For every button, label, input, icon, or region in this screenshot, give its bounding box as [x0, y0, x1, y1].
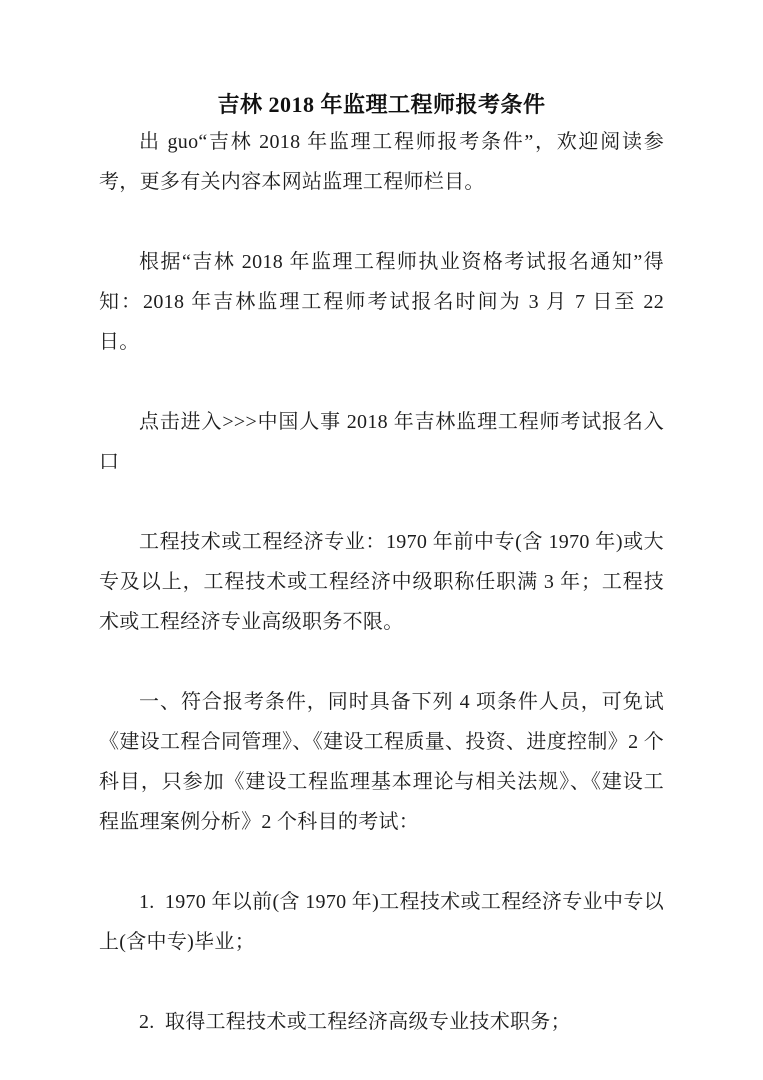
- list-item-condition-1: 1. 1970 年以前(含 1970 年)工程技术或工程经济专业中专以上(含中专…: [99, 882, 664, 962]
- document-body: 出 guo“吉林 2018 年监理工程师报考条件”，欢迎阅读参考，更多有关内容本…: [99, 122, 664, 1042]
- document-page: 吉林 2018 年监理工程师报考条件 出 guo“吉林 2018 年监理工程师报…: [0, 0, 763, 1080]
- paragraph-exemption-conditions: 一、符合报考条件，同时具备下列 4 项条件人员，可免试《建设工程合同管理》、《建…: [99, 682, 664, 842]
- paragraph-entry-link: 点击进入>>>中国人事 2018 年吉林监理工程师考试报名入口: [99, 402, 664, 482]
- paragraph-eligibility: 工程技术或工程经济专业：1970 年前中专(含 1970 年)或大专及以上，工程…: [99, 522, 664, 642]
- paragraph-intro: 出 guo“吉林 2018 年监理工程师报考条件”，欢迎阅读参考，更多有关内容本…: [99, 122, 664, 202]
- paragraph-registration-notice: 根据“吉林 2018 年监理工程师执业资格考试报名通知”得知：2018 年吉林监…: [99, 242, 664, 362]
- list-item-condition-2: 2. 取得工程技术或工程经济高级专业技术职务；: [99, 1002, 664, 1042]
- document-title: 吉林 2018 年监理工程师报考条件: [99, 90, 664, 120]
